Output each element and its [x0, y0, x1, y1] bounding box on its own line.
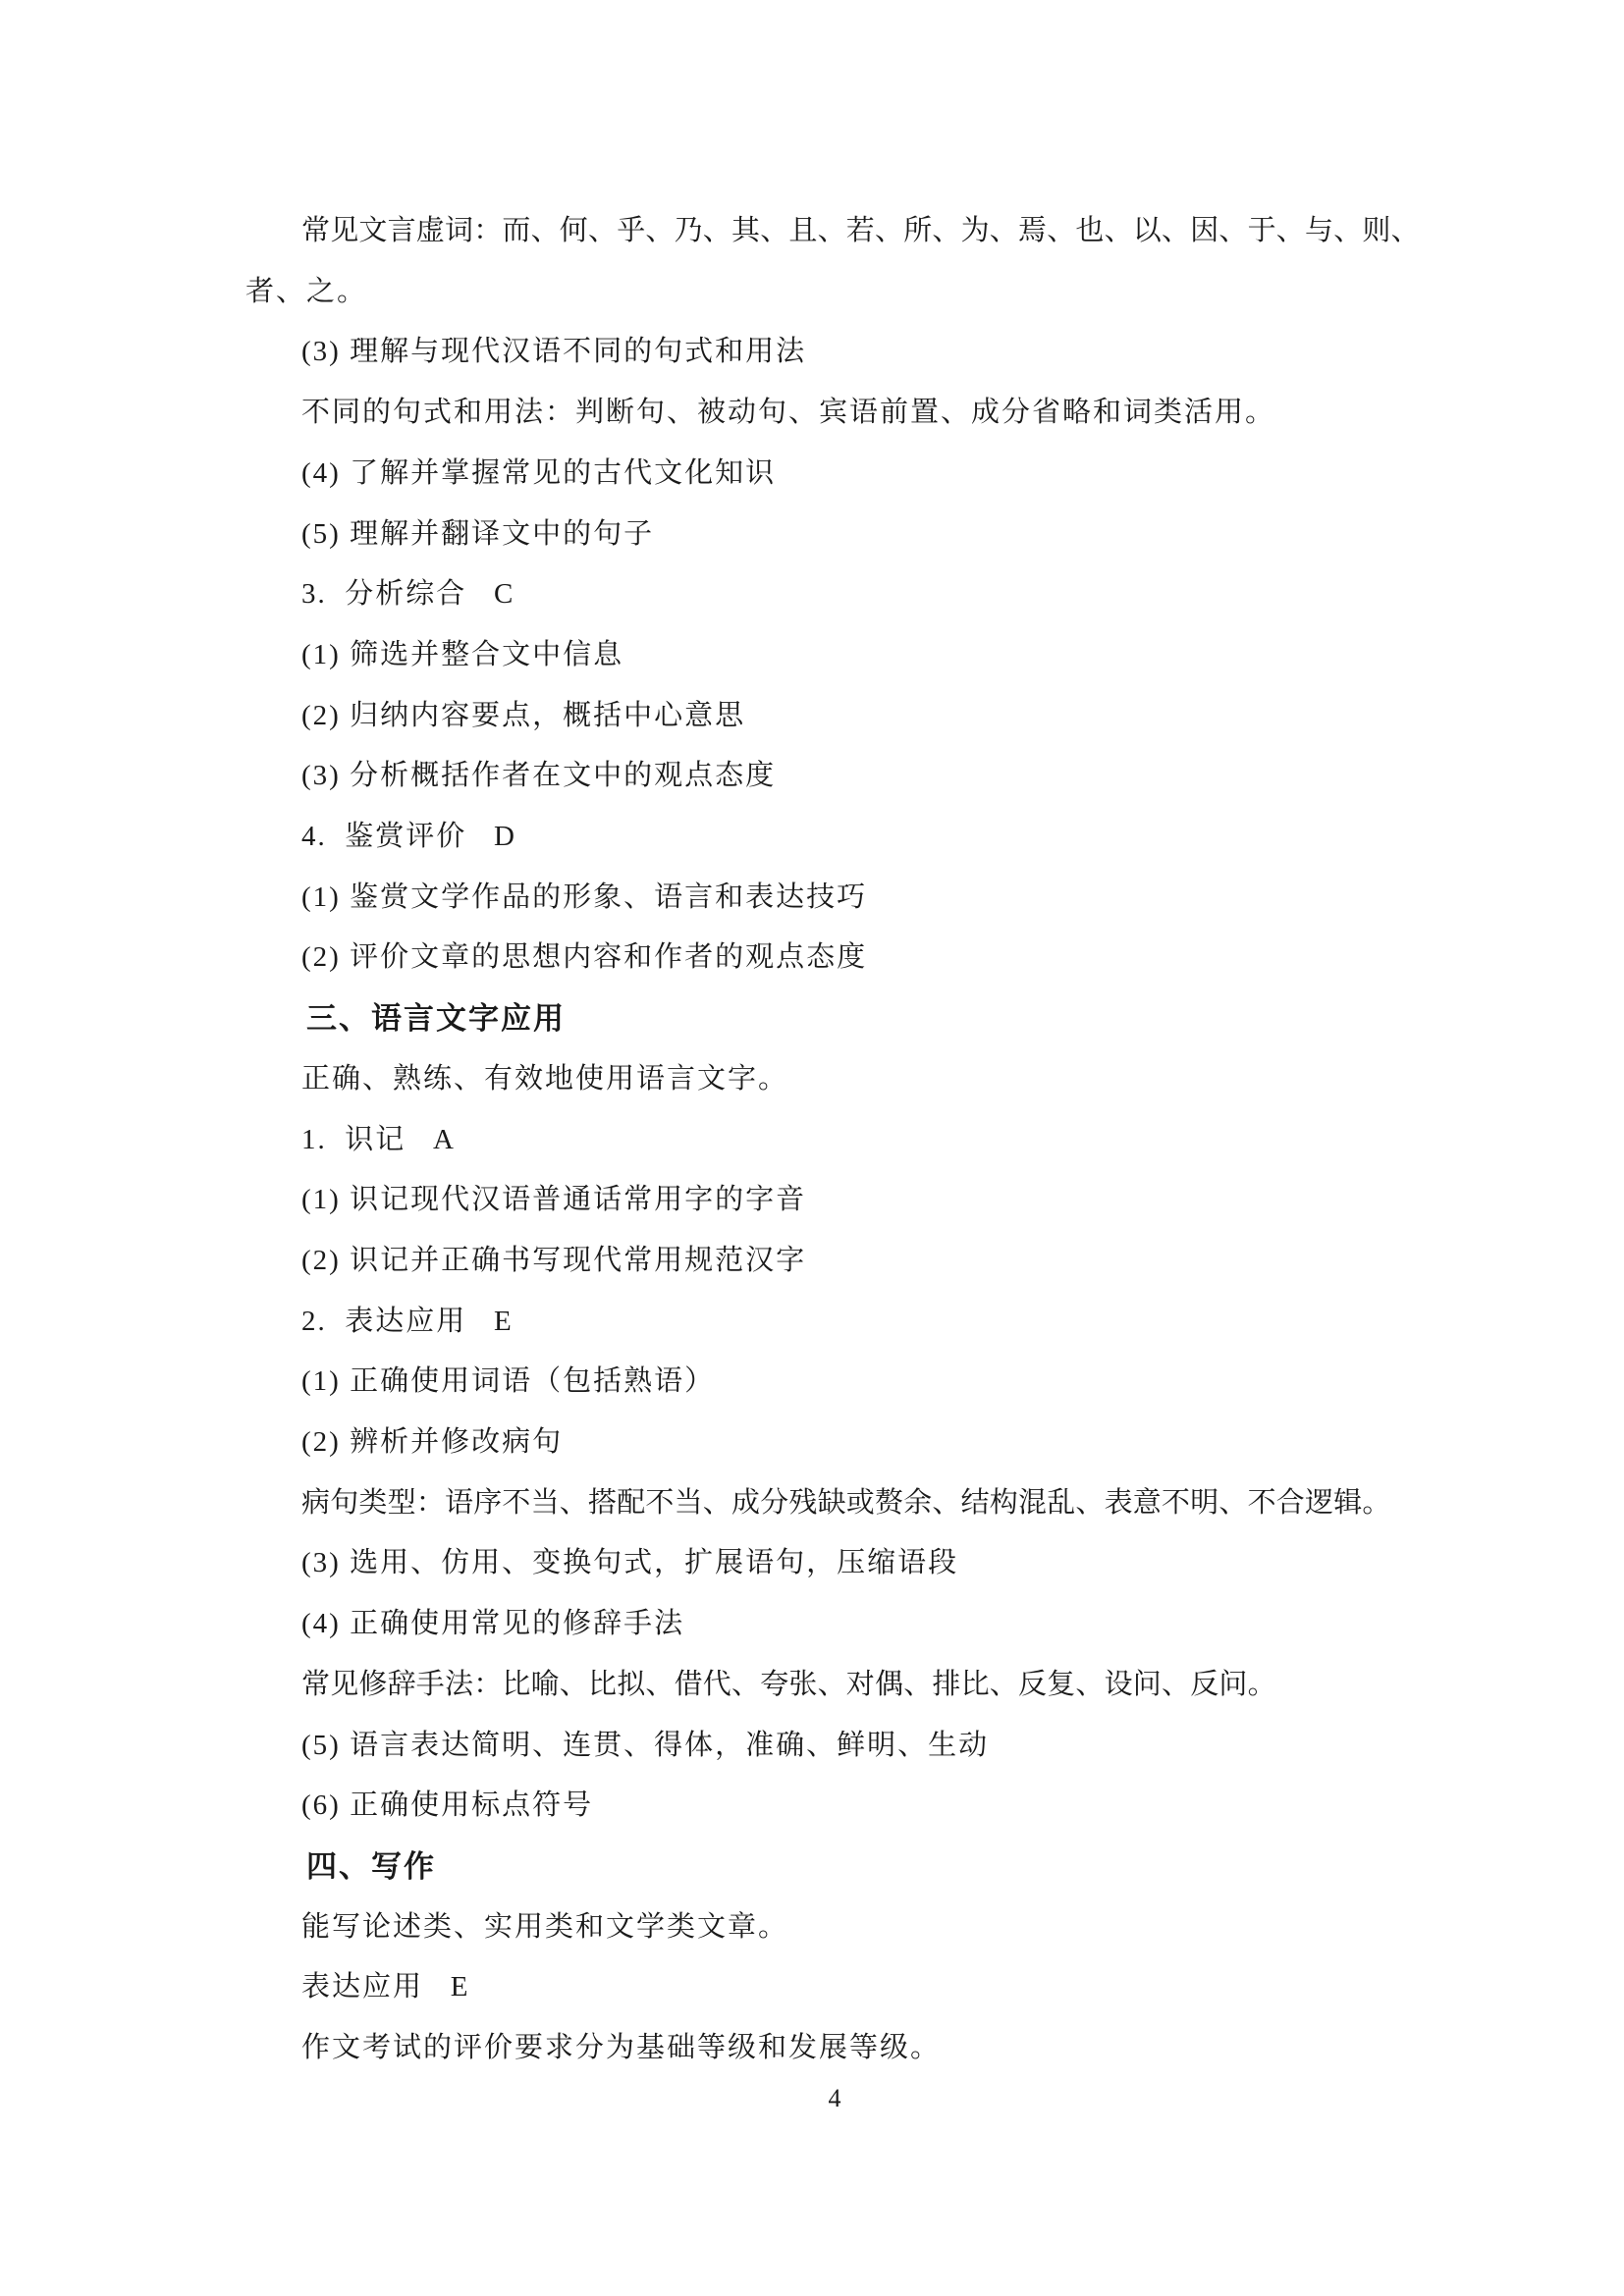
text-line: (2) 识记并正确书写现代常用规范汉字	[245, 1231, 1477, 1292]
document-page: 常见文言虚词：而、何、乎、乃、其、且、若、所、为、焉、也、以、因、于、与、则、者…	[0, 0, 1624, 2296]
text-line: (2) 评价文章的思想内容和作者的观点态度	[245, 928, 1477, 988]
text-line: 正确、熟练、有效地使用语言文字。	[245, 1049, 1477, 1110]
page-content: 常见文言虚词：而、何、乎、乃、其、且、若、所、为、焉、也、以、因、于、与、则、者…	[0, 0, 1624, 2079]
text-line: (4) 了解并掌握常见的古代文化知识	[245, 444, 1477, 505]
text-line: (3) 选用、仿用、变换句式，扩展语句，压缩语段	[245, 1533, 1477, 1594]
text-line: (3) 理解与现代汉语不同的句式和用法	[245, 322, 1477, 383]
text-line: (5) 语言表达简明、连贯、得体，准确、鲜明、生动	[245, 1716, 1477, 1777]
text-line: 常见修辞手法：比喻、比拟、借代、夸张、对偶、排比、反复、设问、反问。	[245, 1655, 1477, 1716]
text-line: 2. 表达应用 E	[245, 1292, 1477, 1353]
text-line: (3) 分析概括作者在文中的观点态度	[245, 746, 1477, 807]
text-line: 能写论述类、实用类和文学类文章。	[245, 1897, 1477, 1958]
text-line: (1) 筛选并整合文中信息	[245, 625, 1477, 686]
section-heading: 四、写作	[245, 1837, 1477, 1897]
text-line: 作文考试的评价要求分为基础等级和发展等级。	[245, 2018, 1477, 2079]
text-line: 表达应用 E	[245, 1957, 1477, 2018]
text-line: 者、之。	[245, 262, 1477, 323]
text-line: (1) 识记现代汉语普通话常用字的字音	[245, 1170, 1477, 1231]
text-line: (2) 辨析并修改病句	[245, 1413, 1477, 1473]
page-number: 4	[736, 2083, 933, 2114]
text-line: 病句类型：语序不当、搭配不当、成分残缺或赘余、结构混乱、表意不明、不合逻辑。	[245, 1473, 1477, 1534]
text-line: 常见文言虚词：而、何、乎、乃、其、且、若、所、为、焉、也、以、因、于、与、则、	[245, 201, 1477, 262]
text-line: 1. 识记 A	[245, 1110, 1477, 1171]
text-line: (4) 正确使用常见的修辞手法	[245, 1594, 1477, 1655]
text-line: 不同的句式和用法：判断句、被动句、宾语前置、成分省略和词类活用。	[245, 383, 1477, 444]
text-line: (1) 正确使用词语（包括熟语）	[245, 1352, 1477, 1413]
text-line: (6) 正确使用标点符号	[245, 1776, 1477, 1837]
text-line: (2) 归纳内容要点，概括中心意思	[245, 686, 1477, 747]
text-line: 3. 分析综合 C	[245, 564, 1477, 625]
text-line: 4. 鉴赏评价 D	[245, 807, 1477, 868]
section-heading: 三、语言文字应用	[245, 988, 1477, 1049]
text-line: (5) 理解并翻译文中的句子	[245, 505, 1477, 565]
text-line: (1) 鉴赏文学作品的形象、语言和表达技巧	[245, 868, 1477, 929]
